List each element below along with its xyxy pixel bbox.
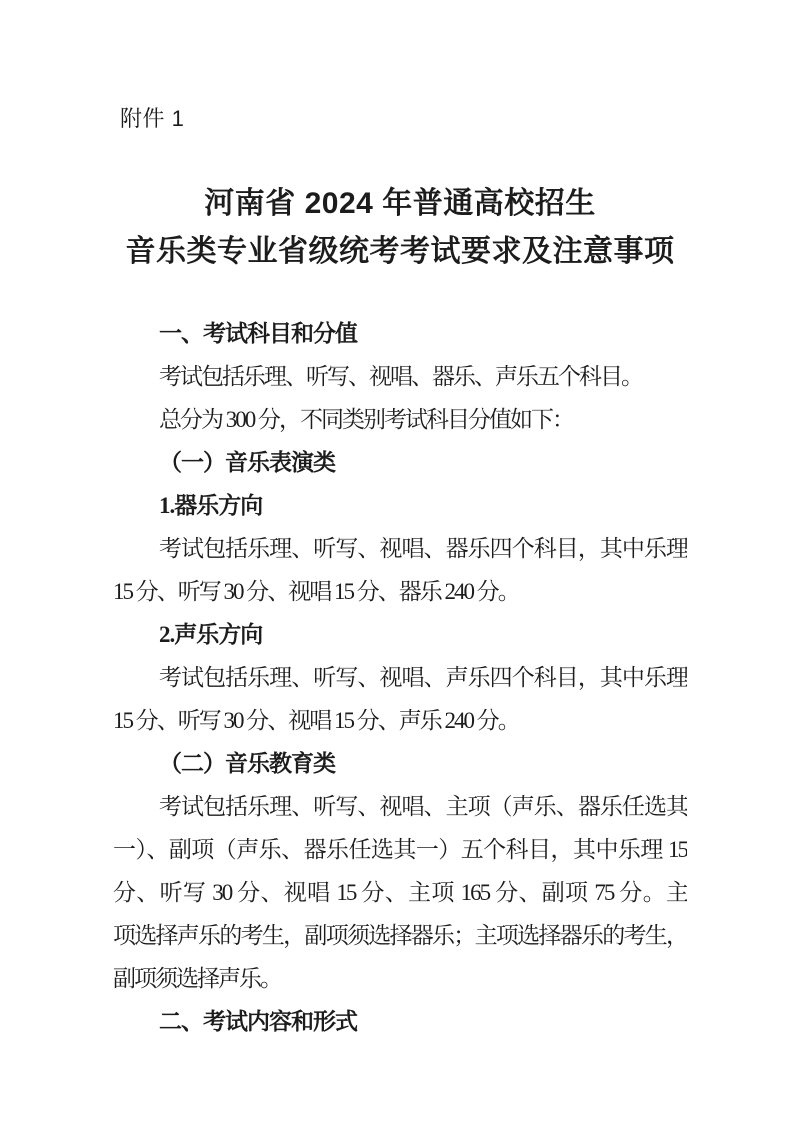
subheading-music-performance-category: （一）音乐表演类: [113, 441, 687, 484]
attachment-label: 附件 1: [120, 104, 800, 134]
para-education-line-2: 一）、副项（声乐、器乐任选其一）五个科目，其中乐理 15: [113, 828, 687, 871]
subheading-music-education-category: （二）音乐教育类: [113, 742, 687, 785]
para-vocal-line-2: 15 分、听写 30 分、视唱 15 分、声乐 240 分。: [113, 699, 687, 742]
heading-section-2-exam-content-and-format: 二、考试内容和形式: [113, 1000, 687, 1043]
para-exam-subjects-line: 考试包括乐理、听写、视唱、器乐、声乐五个科目。: [113, 355, 687, 398]
document-page: 附件 1 河南省 2024 年普通高校招生 音乐类专业省级统考考试要求及注意事项…: [0, 0, 800, 1131]
heading-section-1-exam-subjects-and-scores: 一、考试科目和分值: [113, 312, 687, 355]
para-vocal-line-1: 考试包括乐理、听写、视唱、声乐四个科目，其中乐理: [113, 656, 687, 699]
para-education-line-5: 副项须选择声乐。: [113, 957, 687, 1000]
para-education-line-3: 分、听写 30 分、视唱 15 分、主项 165 分、副项 75 分。主: [113, 871, 687, 914]
subheading-instrumental-direction: 1.器乐方向: [113, 484, 687, 527]
document-title: 河南省 2024 年普通高校招生 音乐类专业省级统考考试要求及注意事项: [0, 180, 800, 276]
document-title-line-1: 河南省 2024 年普通高校招生: [0, 180, 800, 228]
para-total-score-line: 总分为 300 分，不同类别考试科目分值如下：: [113, 398, 687, 441]
para-education-line-1: 考试包括乐理、听写、视唱、主项（声乐、器乐任选其: [113, 785, 687, 828]
para-education-line-4: 项选择声乐的考生，副项须选择器乐；主项选择器乐的考生，: [113, 914, 687, 957]
document-body: 一、考试科目和分值 考试包括乐理、听写、视唱、器乐、声乐五个科目。 总分为 30…: [113, 312, 687, 1043]
para-instrumental-line-1: 考试包括乐理、听写、视唱、器乐四个科目，其中乐理: [113, 527, 687, 570]
para-instrumental-line-2: 15 分、听写 30 分、视唱 15 分、器乐 240 分。: [113, 570, 687, 613]
document-title-line-2: 音乐类专业省级统考考试要求及注意事项: [0, 228, 800, 276]
subheading-vocal-direction: 2.声乐方向: [113, 613, 687, 656]
